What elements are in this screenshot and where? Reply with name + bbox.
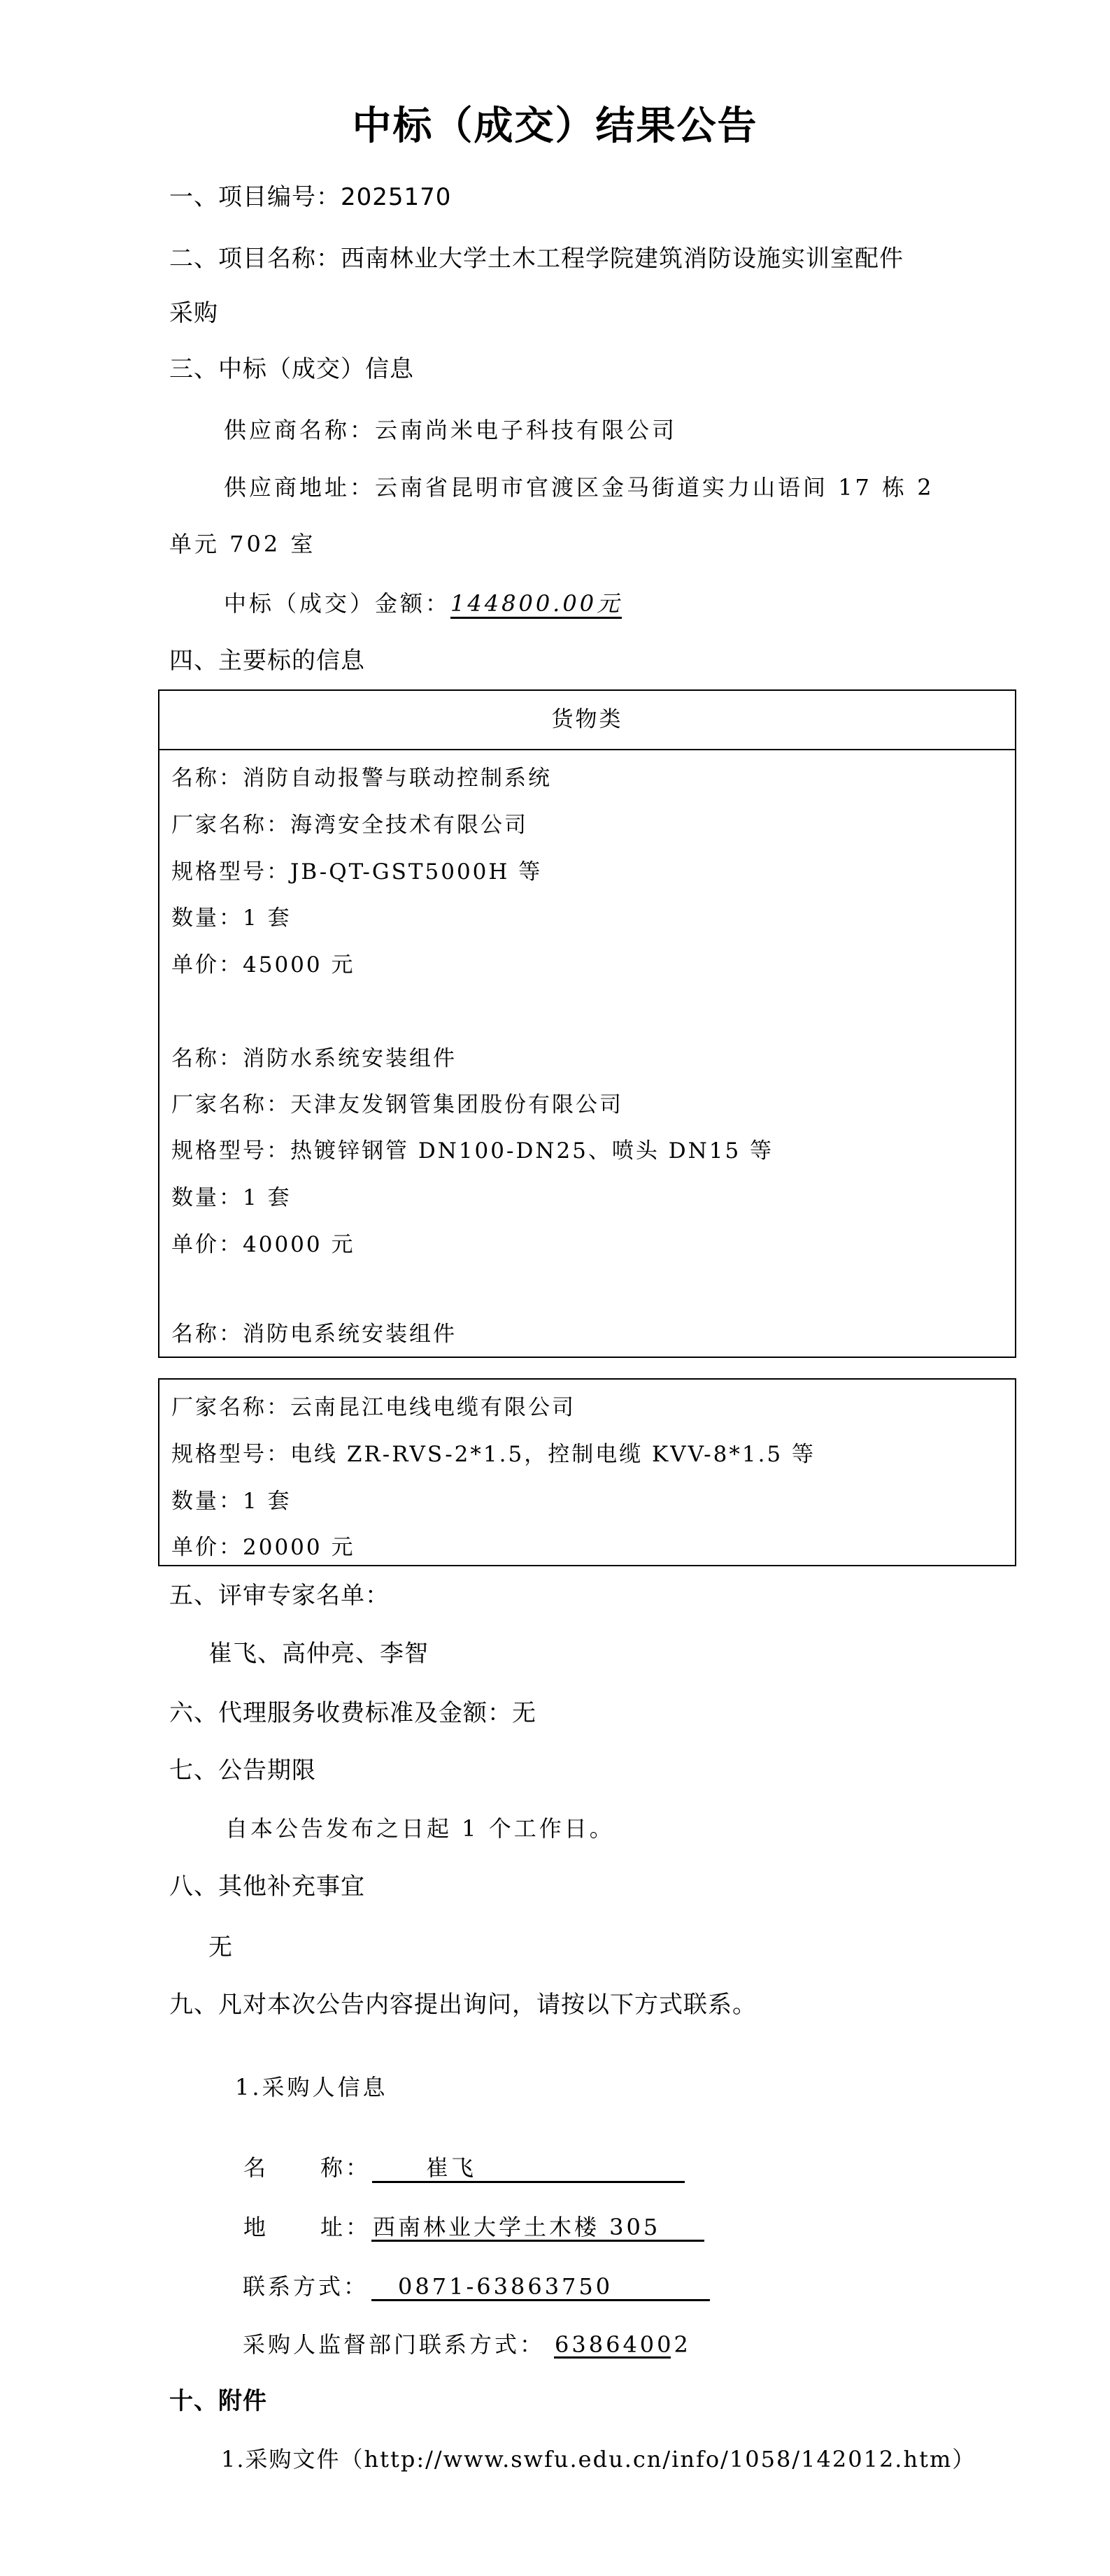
purchaser-info-title: 1.采购人信息 — [235, 2072, 388, 2103]
supplier-name-label: 供应商名称： — [224, 417, 375, 443]
purchaser-contact-label: 联系方式： — [243, 2271, 369, 2302]
section-attachments-heading: 十、附件 — [169, 2386, 267, 2417]
project-name-continued: 采购 — [169, 298, 218, 329]
purchaser-name-underline — [372, 2181, 685, 2183]
award-amount: 中标（成交）金额：144800.00元 — [224, 588, 622, 619]
award-amount-label: 中标（成交）金额： — [224, 590, 450, 617]
supplier-name-value: 云南尚米电子科技有限公司 — [375, 417, 677, 443]
supplier-address: 供应商地址：云南省昆明市官渡区金马街道实力山语间 17 栋 2 — [224, 472, 934, 503]
supervisor-contact-underline — [554, 2356, 671, 2359]
item-2-quantity: 数量：1 套 — [171, 1182, 292, 1213]
item-3-manufacturer: 厂家名称：云南昆江电线电缆有限公司 — [171, 1392, 576, 1423]
supplier-address-label: 供应商地址： — [224, 474, 375, 501]
purchaser-contact-value: 0871-63863750 — [398, 2271, 613, 2302]
purchaser-address-label-1: 地 — [243, 2212, 269, 2242]
section-agency-fee: 六、代理服务收费标准及金额：无 — [169, 1698, 536, 1729]
item-2-unit-price: 单价：40000 元 — [171, 1229, 355, 1260]
project-number-value: 2025170 — [341, 183, 451, 211]
project-name: 二、项目名称：西南林业大学土木工程学院建筑消防设施实训室配件 — [169, 243, 904, 274]
item-1-manufacturer: 厂家名称：海湾安全技术有限公司 — [171, 810, 528, 840]
award-amount-value: 144800.00元 — [450, 590, 622, 619]
item-3-unit-price: 单价：20000 元 — [171, 1532, 355, 1563]
expert-list: 崔飞、高仲亮、李智 — [208, 1638, 429, 1669]
item-2-model: 规格型号：热镀锌钢管 DN100-DN25、喷头 DN15 等 — [171, 1136, 774, 1166]
item-1-unit-price: 单价：45000 元 — [171, 950, 355, 980]
table-header-divider — [158, 749, 1016, 750]
supplier-name: 供应商名称：云南尚米电子科技有限公司 — [224, 415, 677, 445]
table-header-goods: 货物类 — [158, 704, 1016, 735]
project-name-label: 二、项目名称： — [169, 245, 341, 273]
project-name-value: 西南林业大学土木工程学院建筑消防设施实训室配件 — [341, 245, 904, 273]
item-3-quantity: 数量：1 套 — [171, 1486, 292, 1517]
section-experts-heading: 五、评审专家名单： — [169, 1580, 390, 1611]
supplier-address-continued: 单元 702 室 — [169, 529, 315, 559]
section-other-matters-heading: 八、其他补充事宜 — [169, 1871, 365, 1902]
supervisor-contact-value: 63864002 — [555, 2329, 691, 2360]
purchaser-contact-underline — [371, 2299, 710, 2301]
project-number: 一、项目编号：2025170 — [169, 182, 451, 213]
purchaser-name-label-2: 称： — [320, 2152, 371, 2183]
section-award-info-heading: 三、中标（成交）信息 — [169, 354, 414, 385]
purchaser-address-underline — [371, 2240, 704, 2242]
item-1-model: 规格型号：JB-QT-GST5000H 等 — [171, 857, 542, 887]
item-2-name: 名称：消防水系统安装组件 — [171, 1043, 457, 1074]
purchaser-address-value: 西南林业大学土木楼 305 — [373, 2212, 660, 2242]
purchaser-name-label-1: 名 — [243, 2152, 269, 2183]
attachment-link[interactable]: 1.采购文件（http://www.swfu.edu.cn/info/1058/… — [221, 2444, 976, 2475]
item-2-manufacturer: 厂家名称：天津友发钢管集团股份有限公司 — [171, 1089, 623, 1120]
item-1-name: 名称：消防自动报警与联动控制系统 — [171, 763, 552, 794]
other-matters-text: 无 — [208, 1932, 233, 1963]
supervisor-contact-label: 采购人监督部门联系方式： — [243, 2329, 545, 2360]
supplier-address-value: 云南省昆明市官渡区金马街道实力山语间 17 栋 2 — [375, 474, 934, 501]
section-main-items-heading: 四、主要标的信息 — [169, 645, 365, 676]
section-contact-heading: 九、凡对本次公告内容提出询问，请按以下方式联系。 — [169, 1989, 757, 2020]
project-number-label: 一、项目编号： — [169, 183, 341, 211]
section-notice-period-heading: 七、公告期限 — [169, 1755, 316, 1786]
item-1-quantity: 数量：1 套 — [171, 903, 292, 933]
notice-period-text: 自本公告发布之日起 1 个工作日。 — [225, 1813, 615, 1844]
purchaser-address-label-2: 址： — [320, 2212, 371, 2242]
item-3-model: 规格型号：电线 ZR-RVS-2*1.5，控制电缆 KVV-8*1.5 等 — [171, 1439, 816, 1470]
purchaser-name-value: 崔飞 — [426, 2152, 476, 2183]
item-3-name: 名称：消防电系统安装组件 — [171, 1319, 457, 1350]
page-title: 中标（成交）结果公告 — [0, 102, 1110, 150]
